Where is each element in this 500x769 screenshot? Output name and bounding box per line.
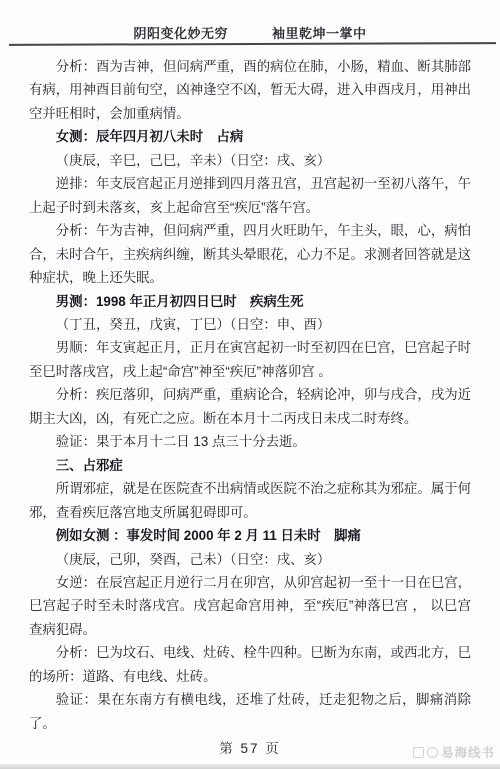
page-body-text: 分析：酉为吉神，但问病严重，酉的病位在肺，小肠，精血、断其肺部有病，用神酉目前旬… — [29, 55, 471, 735]
case2-verification: 验证：果于本月十二日 13 点三十分去逝。 — [29, 430, 471, 453]
section3-heading: 三、占邪症 — [29, 454, 471, 477]
section3-intro: 所谓邪症，就是在医院查不出病情或医院不治之症称其为邪症。属于何邪，查看疾厄落宫地… — [29, 477, 471, 524]
watermark-logo-icon — [427, 747, 438, 758]
case2-title: 男测：1998 年正月初四日巳时 疾病生死 — [29, 290, 471, 313]
case3-verification: 验证：果在东南方有横电线，还堆了灶砖，迁走犯物之后，脚痛消除了。 — [29, 688, 471, 735]
case2-pillars: （丁丑，癸丑，戊寅，丁巳）（日空：申、酉） — [29, 313, 471, 336]
scan-bottom-edge — [0, 764, 500, 769]
case1-analysis: 分析：午为吉神，但问病严重，四月火旺助午，午主头，眼，心，病怕合，未时合午，主疾… — [29, 219, 471, 289]
running-head-right-title: 袖里乾坤一掌中 — [272, 23, 367, 42]
case3-pillars: （庚辰，己卯，癸酉，己未）（日空：戌、亥） — [29, 548, 471, 571]
paragraph-analysis-case-intro: 分析：酉为吉神，但问病严重，酉的病位在肺，小肠，精血、断其肺部有病，用神酉目前旬… — [29, 55, 471, 125]
case3-reverse-sequence: 女逆：在辰宫起正月逆行二月在卯宫，从卯宫起初一至十一日在巳宫，巳宫起子时至未时落… — [29, 571, 471, 641]
running-head: 阴阳变化妙无穷 袖里乾坤一掌中 — [29, 23, 471, 42]
case2-analysis: 分析：疾厄落卯，问病严重，重病论合，轻病论冲，卯与戌合，戌为近期主大凶，凶，有死… — [29, 383, 471, 430]
case1-reverse-sequence: 逆排：年支辰宫起正月逆排到四月落丑宫，丑宫起初一至初八落午，午上起子时到未落亥，… — [29, 172, 471, 219]
case1-pillars: （庚辰，辛巳，己巳，辛未）（日空：戌、亥） — [29, 149, 471, 172]
case2-forward-sequence: 男顺：年支寅起正月，正月在寅宫起初一时至初四在巳宫，巳宫起子时至巳时落戌宫，戌上… — [29, 336, 471, 383]
case1-title: 女测：辰年四月初八未时 占病 — [29, 125, 471, 148]
case3-title: 例如女测 ：事发时间 2000 年 2 月 11 日未时 脚痛 — [29, 524, 471, 547]
book-page: 阴阳变化妙无穷 袖里乾坤一掌中 分析：酉为吉神，但问病严重，酉的病位在肺，小肠，… — [0, 0, 500, 769]
header-divider — [9, 42, 496, 46]
watermark: 易海线书 — [413, 743, 495, 761]
running-head-left-title: 阴阳变化妙无穷 — [133, 23, 228, 42]
watermark-app-icon — [413, 747, 424, 758]
case3-analysis: 分析：巳为坟石、电线、灶砖、栓牛四种。巳断为东南，或西北方，巳的场所：道路、有电… — [29, 641, 471, 688]
watermark-label: 易海线书 — [441, 743, 495, 761]
